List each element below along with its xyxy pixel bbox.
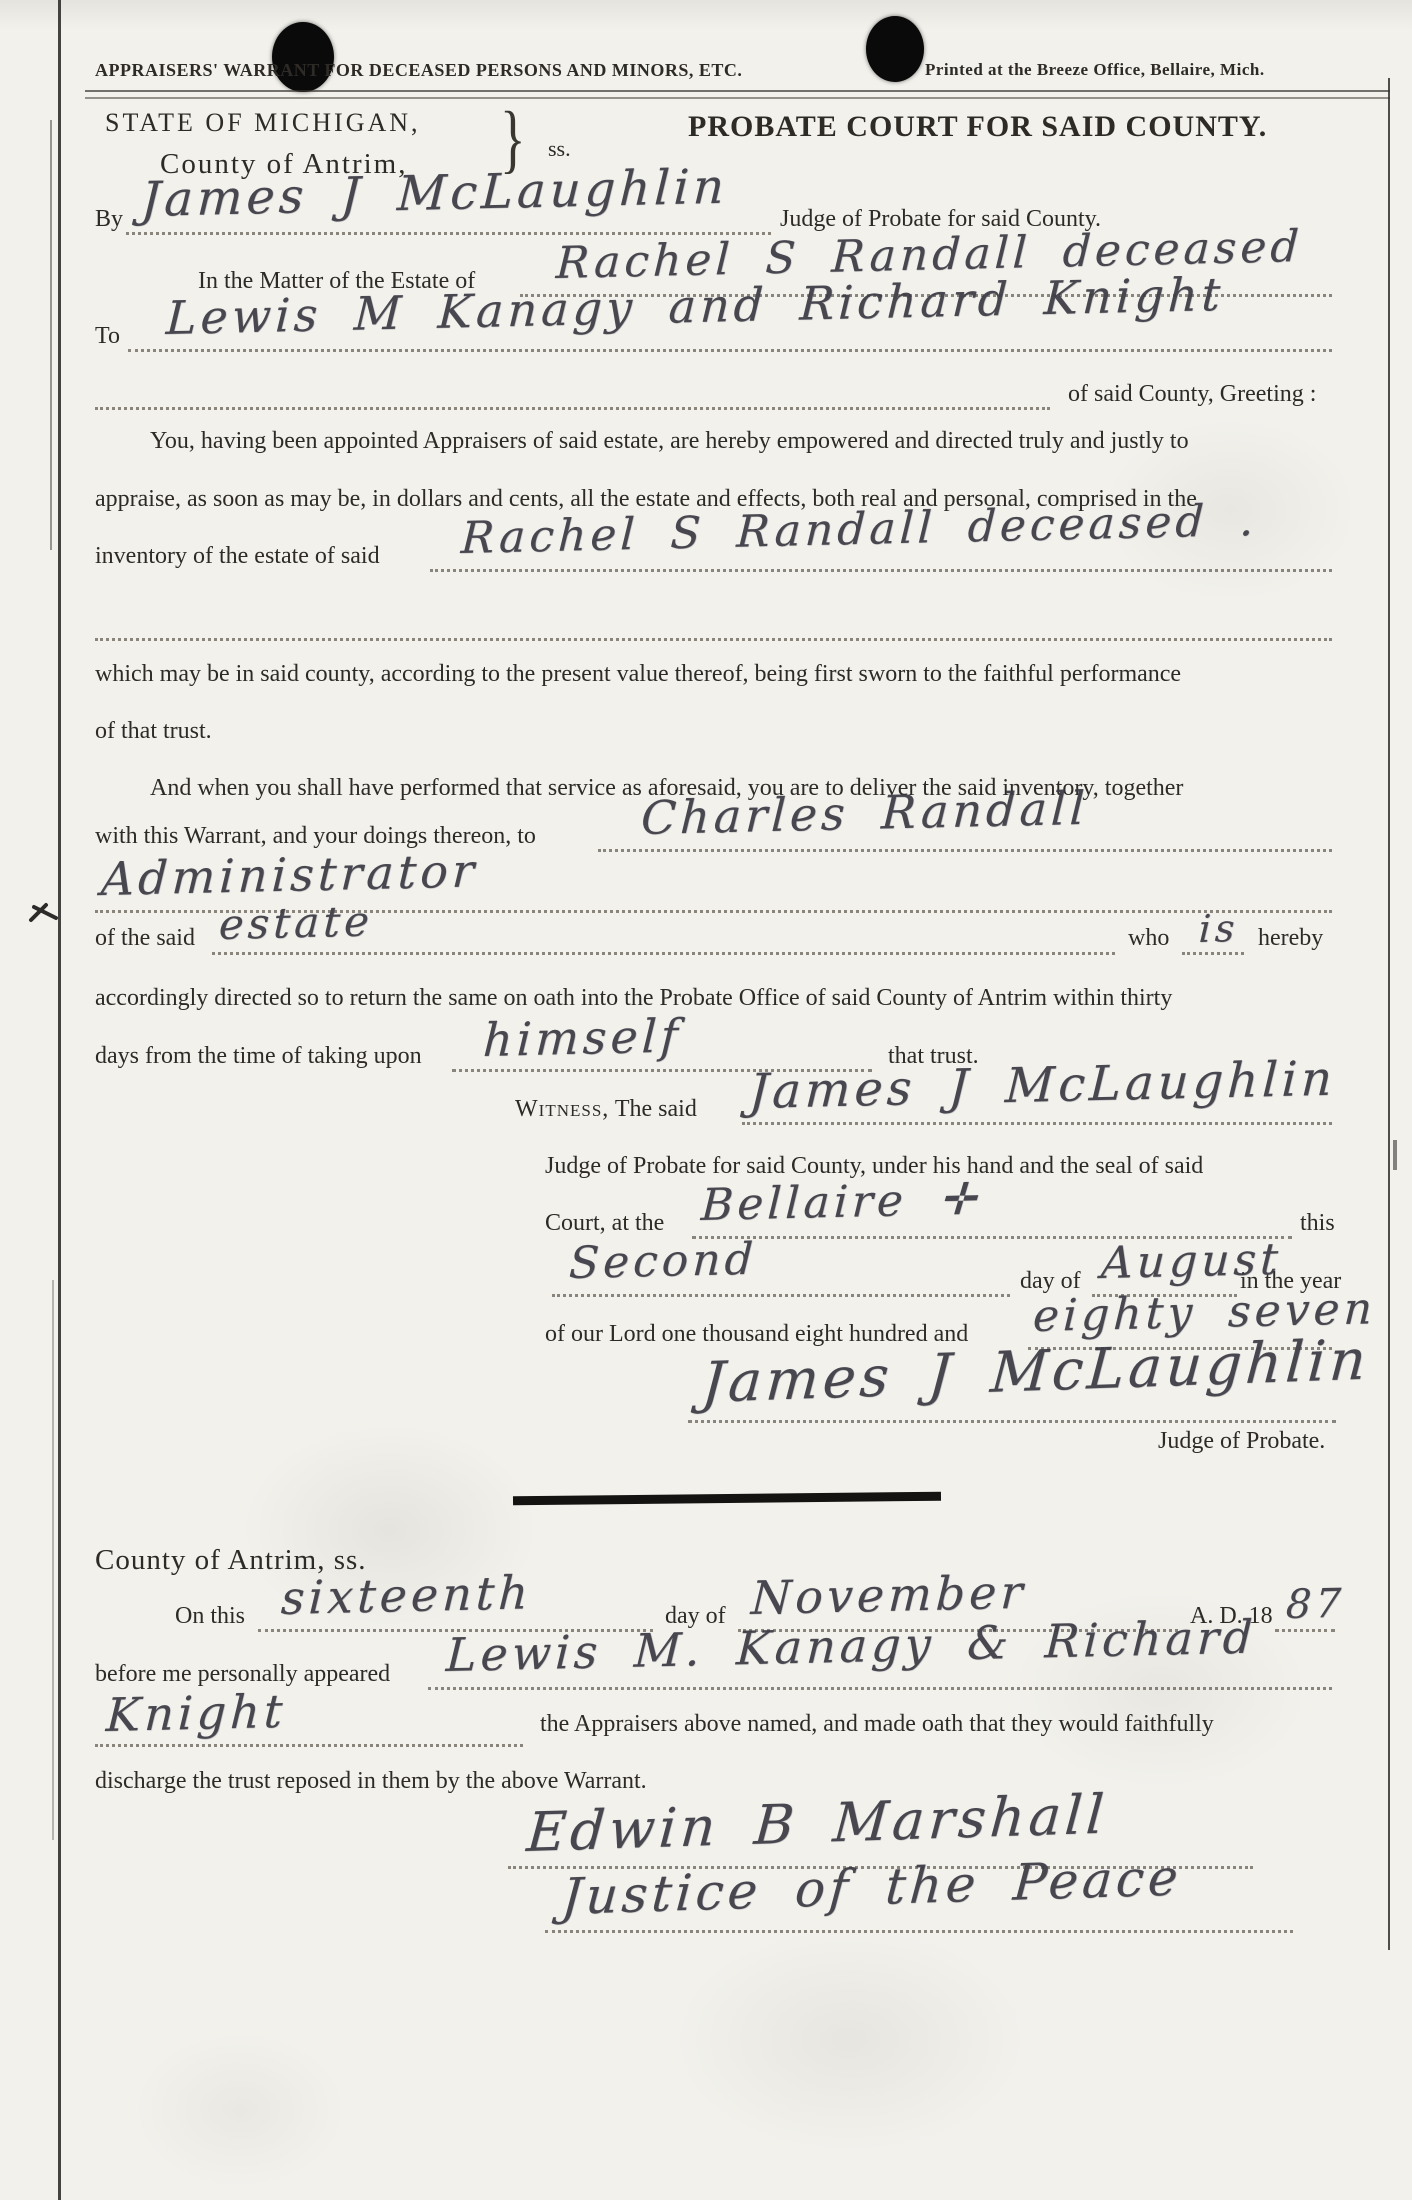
court-at-the-label: Court, at the <box>545 1210 664 1238</box>
printer-credit: Printed at the Breeze Office, Bellaire, … <box>925 60 1265 80</box>
greeting-fill-line <box>95 407 1050 410</box>
state-caption: STATE OF MICHIGAN, <box>105 108 421 138</box>
is-word-fill-line <box>1182 952 1244 955</box>
by-label: By <box>95 206 123 234</box>
justice-title-handwriting: Justice of the Peace <box>560 1852 1184 1922</box>
administrator-title-handwriting: Administrator <box>100 847 479 902</box>
greeting-label: of said County, Greeting : <box>1068 381 1316 409</box>
header-rule-top <box>85 90 1390 92</box>
administrator-name-handwriting: Charles Randall <box>640 785 1089 841</box>
on-this-label: On this <box>175 1603 245 1631</box>
header-rule-bottom <box>85 97 1390 99</box>
jurat-day-handwriting: sixteenth <box>280 1569 533 1621</box>
jurat-line3-label: the Appraisers above named, and made oat… <box>540 1711 1214 1739</box>
left-edge-line <box>58 0 61 2200</box>
left-edge-line-secondary <box>50 120 52 550</box>
to-fill-line <box>128 349 1332 352</box>
jurat-appraiser2-fill-line <box>95 1744 523 1747</box>
jurat-line4: discharge the trust reposed in them by t… <box>95 1768 647 1796</box>
right-edge-line <box>1388 78 1390 1950</box>
appoint-line3-label: inventory of the estate of said <box>95 543 380 571</box>
witness-label: Witness, The said <box>515 1096 697 1124</box>
deliver-line5: accordingly directed so to return the sa… <box>95 985 1172 1013</box>
to-label: To <box>95 323 120 351</box>
witness-the-said: The said <box>615 1096 697 1122</box>
scanned-probate-warrant-document: APPRAISERS' WARRANT FOR DECEASED PERSONS… <box>0 0 1412 2200</box>
punch-hole-icon <box>272 22 334 92</box>
deliver-fill-line <box>598 849 1332 852</box>
is-word-handwriting: is <box>1198 909 1239 948</box>
estate-word-handwriting: estate <box>218 900 374 946</box>
margin-mark-icon <box>28 900 62 926</box>
left-edge-line-lower <box>52 1280 54 1840</box>
witness-word: Witness, <box>515 1096 609 1122</box>
section-divider-bar <box>513 1492 941 1505</box>
this-label: this <box>1300 1210 1335 1238</box>
jurat-month-handwriting: November <box>750 1569 1028 1621</box>
day-fill-line <box>552 1294 1010 1297</box>
appoint-line1: You, having been appointed Appraisers of… <box>150 428 1189 456</box>
himself-handwriting: himself <box>482 1012 683 1063</box>
day-handwriting: Second <box>568 1238 758 1286</box>
court-title: PROBATE COURT FOR SAID COUNTY. <box>688 110 1267 145</box>
blank-fill-line <box>95 638 1332 641</box>
judge-signature-line <box>688 1420 1336 1423</box>
appeared-fill-line <box>428 1687 1332 1690</box>
right-edge-dash <box>1393 1140 1397 1170</box>
judge-name-handwriting: James J McLaughlin <box>748 1055 1337 1116</box>
of-the-said-label: of the said <box>95 925 195 953</box>
who-label: who <box>1128 925 1169 953</box>
document-title: APPRAISERS' WARRANT FOR DECEASED PERSONS… <box>95 60 742 81</box>
jurat-year-fill-line <box>1275 1629 1335 1632</box>
hereby-label: hereby <box>1258 925 1323 953</box>
justice-title-line <box>545 1930 1293 1933</box>
justice-signature-handwriting: Edwin B Marshall <box>525 1788 1109 1860</box>
jurat-appraiser2-handwriting: Knight <box>105 1688 287 1738</box>
jurat-appraisers-handwriting: Lewis M. Kanagy & Richard <box>445 1614 1257 1678</box>
punch-hole-icon <box>866 16 924 82</box>
place-handwriting: Bellaire ✛ <box>700 1178 981 1228</box>
ss-abbreviation: ss. <box>548 136 571 161</box>
value-line1: which may be in said county, according t… <box>95 661 1181 689</box>
estate-word-fill-line <box>212 952 1115 955</box>
deliver-line6-label: days from the time of taking upon <box>95 1043 422 1071</box>
judge-signature-title: Judge of Probate. <box>1158 1428 1325 1456</box>
month-handwriting: August <box>1100 1238 1283 1286</box>
value-line2: of that trust. <box>95 718 212 746</box>
appoint-fill-line <box>430 569 1332 572</box>
jurat-year-handwriting: 87 <box>1285 1584 1346 1625</box>
witness-fill-line <box>742 1122 1332 1125</box>
judge-name-handwriting: James J McLaughlin <box>140 163 729 224</box>
